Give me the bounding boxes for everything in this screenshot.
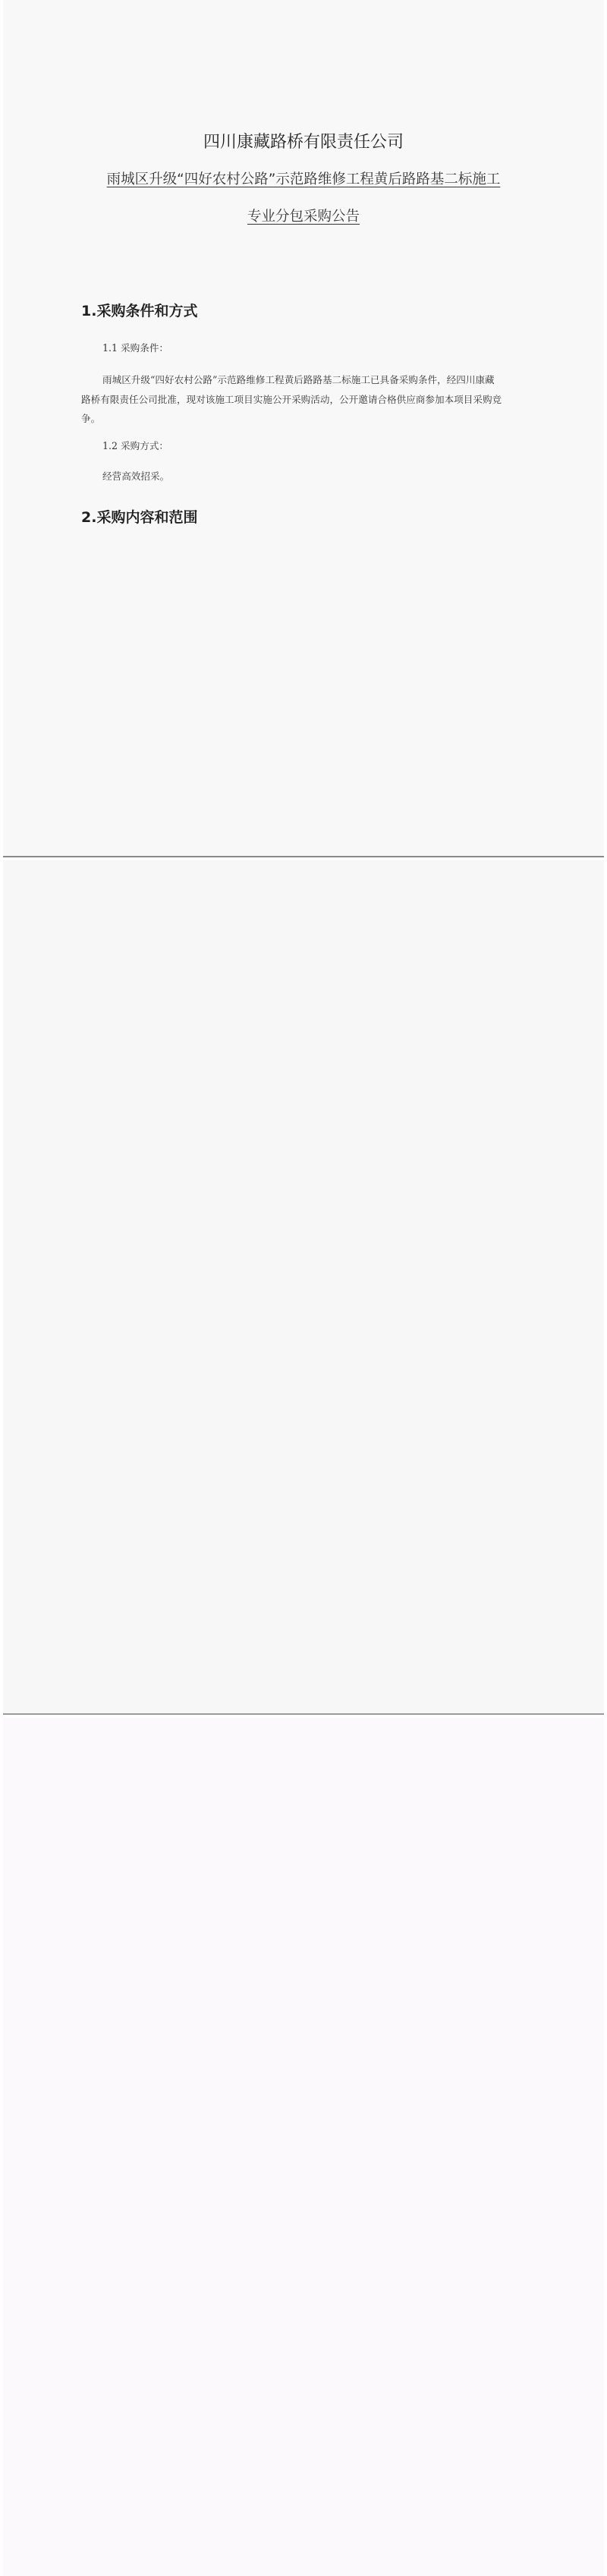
project-title: 雨城区升级“四好农村公路”示范路维修工程黄后路路基二标施工	[0, 168, 607, 188]
section-heading-1: 1.采购条件和方式	[81, 300, 197, 320]
clause-1-2-label: 1.2 采购方式：	[102, 438, 168, 452]
clause-1-1-text: 雨城区升级“四好农村公路”示范路维修工程黄后路路基二标施工已具备采购条件，经四川…	[102, 372, 495, 386]
document-page-5	[3, 860, 604, 1715]
company-title: 四川康藏路桥有限责任公司	[0, 129, 607, 153]
clause-1-1-text-end: 争。	[81, 410, 100, 425]
announcement-title: 专业分包采购公告	[0, 206, 607, 225]
clause-1-1-text-cont: 路桥有限责任公司批准，现对该施工项目实施公开采购活动，公开邀请合格供应商参加本项…	[81, 392, 502, 406]
clause-1-1-label: 1.1 采购条件：	[102, 340, 168, 354]
clause-1-2-text: 经营高效招采。	[102, 468, 169, 483]
section-heading-2: 2.采购内容和范围	[81, 506, 197, 527]
document-page-6	[3, 1718, 604, 2576]
